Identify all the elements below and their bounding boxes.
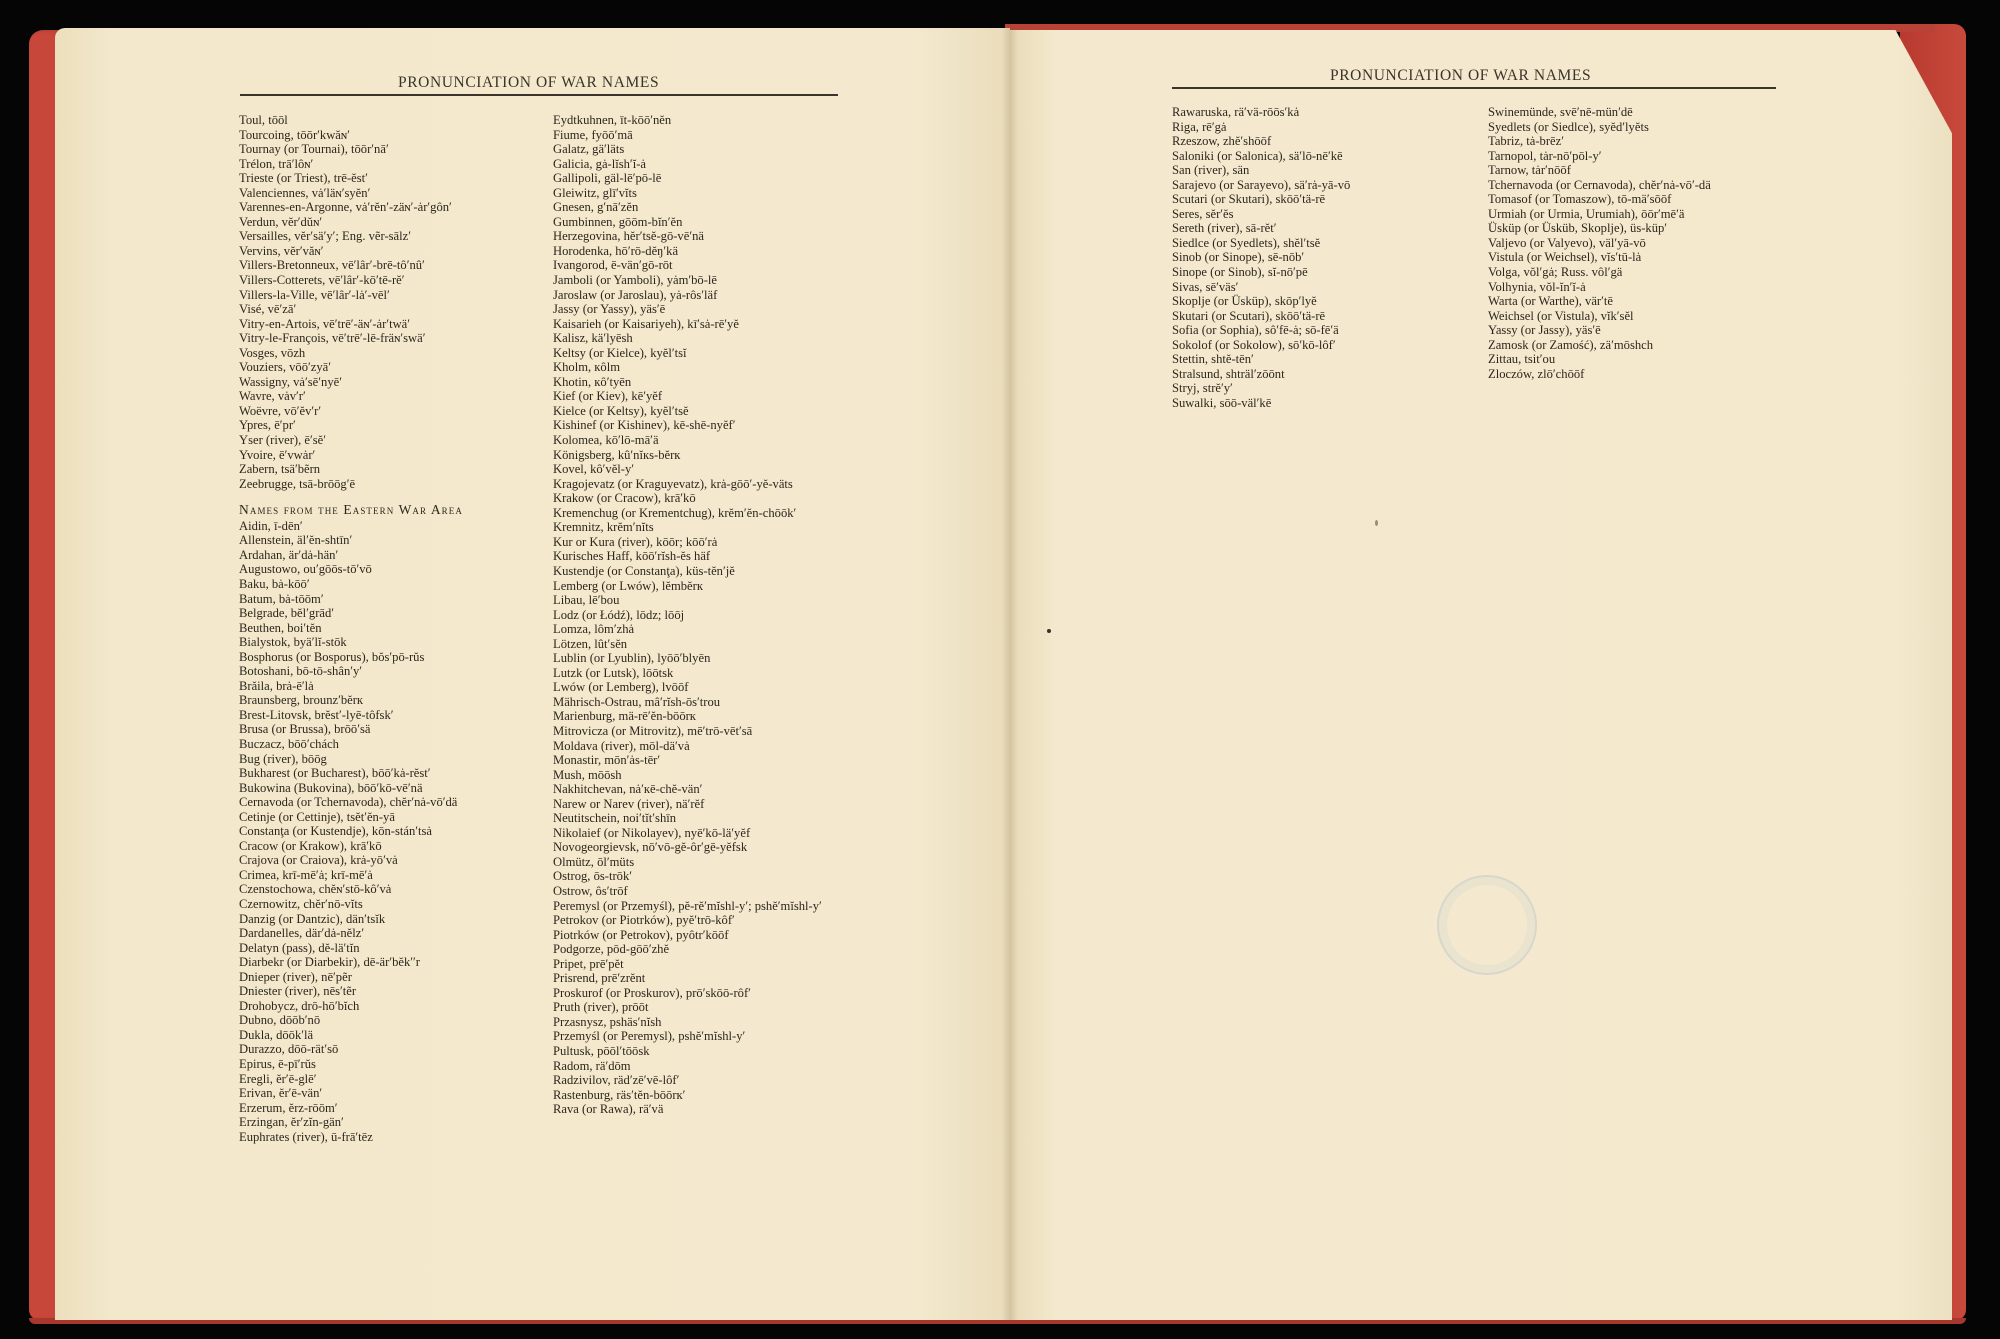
- list-item: Lodz (or Łódź), lōdz; lōōj: [553, 608, 845, 623]
- list-item: Khotin, кô′tyēn: [553, 375, 845, 390]
- list-item: Braunsberg, brounz′bĕrк: [239, 693, 539, 708]
- list-item: Ypres, ē′pr′: [239, 418, 539, 433]
- list-item: Weichsel (or Vistula), vĭk′sĕl: [1488, 309, 1778, 324]
- list-item: Ostrog, ōs-trōk′: [553, 869, 845, 884]
- list-item: Zamosk (or Zamość), zä′mōshch: [1488, 338, 1778, 353]
- list-item: Eydtkuhnen, īt-kōō′nĕn: [553, 113, 845, 128]
- list-item: Pruth (river), prōōt: [553, 1000, 845, 1015]
- list-item: Horodenka, hō′rō-dĕŋ′kä: [553, 244, 845, 259]
- list-item: Petrokov (or Piotrków), pyĕ′trō-kôf′: [553, 913, 845, 928]
- list-item: Valjevo (or Valyevo), väl′yā-vō: [1488, 236, 1778, 251]
- list-item: Cernavoda (or Tchernavoda), chĕr′nȧ-vō′d…: [239, 795, 539, 810]
- paper-speck: [1375, 520, 1378, 526]
- list-item: Rawaruska, rä′vä-rōōs′kȧ: [1172, 105, 1482, 120]
- list-item: Piotrków (or Petrokov), pyôtr′kōōf: [553, 928, 845, 943]
- list-item: Mährisch-Ostrau, mâ′rĭsh-ōs′trou: [553, 695, 845, 710]
- list-item: Brest-Litovsk, brĕst′-lyē-tôfsk′: [239, 708, 539, 723]
- list-item: Ivangorod, ē-vän′gō-rōt: [553, 258, 845, 273]
- list-item: Przemyśl (or Peremysl), pshĕ′mĭshl-y′: [553, 1029, 845, 1044]
- list-item: Mush, mōōsh: [553, 768, 845, 783]
- list-item: Dukla, dōōk′lä: [239, 1028, 539, 1043]
- list-item: Lutzk (or Lutsk), lōōtsk: [553, 666, 845, 681]
- list-item: Erzingan, ĕr′zĭn-gän′: [239, 1115, 539, 1130]
- list-item: Lublin (or Lyublin), lyōō′blyēn: [553, 651, 845, 666]
- list-item: Jaroslaw (or Jaroslau), yȧ-rôs′läf: [553, 288, 845, 303]
- list-item: Zabern, tsä′bẽrn: [239, 462, 539, 477]
- list-item: Suwalki, sōō-väl′kē: [1172, 396, 1482, 411]
- list-item: Brăila, brȧ-ē′lȧ: [239, 679, 539, 694]
- list-item: Villers-la-Ville, vē′lâr′-lȧ′-vēl′: [239, 288, 539, 303]
- right-column-1: Rawaruska, rä′vä-rōōs′kȧRiga, rē′gȧRzesz…: [1172, 105, 1482, 410]
- list-item: Batum, bȧ-tōōm′: [239, 592, 539, 607]
- list-item: Siedlce (or Syedlets), shĕl′tsĕ: [1172, 236, 1482, 251]
- list-item: Stryj, strĕ′y′: [1172, 381, 1482, 396]
- list-item: Dardanelles, där′dȧ-nĕlz′: [239, 926, 539, 941]
- list-item: Skutari (or Scutari), skōō′tä-rē: [1172, 309, 1482, 324]
- list-item: Kragojevatz (or Kraguyevatz), krȧ-gōō′-y…: [553, 477, 845, 492]
- list-item: Volhynia, vŏl-ĭn′ĭ-ȧ: [1488, 280, 1778, 295]
- list-item: Swinemünde, svē′nē-mün′dē: [1488, 105, 1778, 120]
- list-item: Beuthen, boi′tĕn: [239, 621, 539, 636]
- list-item: Narew or Narev (river), nä′rĕf: [553, 797, 845, 812]
- list-item: Scutari (or Skutari), skōō′tä-rē: [1172, 192, 1482, 207]
- list-item: Gallipoli, gäl-lē′pō-lē: [553, 171, 845, 186]
- list-item: Sokolof (or Sokolow), sō′kō-lôf′: [1172, 338, 1482, 353]
- right-running-head: PRONUNCIATION OF WAR NAMES: [1330, 67, 1591, 85]
- list-item: Brusa (or Brussa), brōō′sä: [239, 722, 539, 737]
- list-item: Bukowina (Bukovina), bōō′kō-vē′nä: [239, 781, 539, 796]
- list-item: Bialystok, byä′lĭ-stōk: [239, 635, 539, 650]
- list-item: Königsberg, kû′nĭкs-bĕrк: [553, 448, 845, 463]
- list-item: Jassy (or Yassy), yäs′ē: [553, 302, 845, 317]
- list-item: Kishinef (or Kishinev), kē-shē-nyĕf′: [553, 418, 845, 433]
- list-item: Kovel, kô′vĕl-y′: [553, 462, 845, 477]
- list-item: Epirus, ē-pī′rŭs: [239, 1057, 539, 1072]
- list-item: Rzeszow, zhĕ′shōōf: [1172, 134, 1482, 149]
- list-item: Radzivilov, räd′zē′vē-lôf′: [553, 1073, 845, 1088]
- list-item: Wassigny, vȧ′sē′nyē′: [239, 375, 539, 390]
- list-item: San (river), sän: [1172, 163, 1482, 178]
- list-item: Stettin, shtĕ-tēn′: [1172, 352, 1482, 367]
- list-item: Saloniki (or Salonica), sä′lō-nē′kē: [1172, 149, 1482, 164]
- list-item: Lwów (or Lemberg), lvōōf: [553, 680, 845, 695]
- list-item: Rastenburg, räs′tĕn-bōōrк′: [553, 1088, 845, 1103]
- list-item: Augustowo, ou′gōōs-tō′vō: [239, 562, 539, 577]
- list-item: Trieste (or Triest), trē-ĕst′: [239, 171, 539, 186]
- list-item: Yvoire, ē′vwȧr′: [239, 448, 539, 463]
- section-entry-list: Aidin, ī-dēn′Allenstein, äl′ĕn-shtīn′Ard…: [239, 519, 539, 1145]
- list-item: Erivan, ĕr′ē-vän′: [239, 1086, 539, 1101]
- list-item: Cetinje (or Cettinje), tsĕt′ĕn-yā: [239, 810, 539, 825]
- list-item: Bosphorus (or Bosporus), bŏs′pō-rŭs: [239, 650, 539, 665]
- list-item: Villers-Cotterets, vē′lâr′-kō′tē-rĕ′: [239, 273, 539, 288]
- list-item: Sivas, sē′väs′: [1172, 280, 1482, 295]
- list-item: Olmütz, ōl′müts: [553, 855, 845, 870]
- list-item: Trélon, trā′lôɴ′: [239, 157, 539, 172]
- list-item: Versailles, vĕr′sä′y′; Eng. vẽr-sālz′: [239, 229, 539, 244]
- left-header-rule: [240, 94, 838, 96]
- right-header-rule: [1172, 87, 1776, 89]
- list-item: Gnesen, g′nā′zĕn: [553, 200, 845, 215]
- list-item: Tarnopol, tȧr-nō′pōl-y′: [1488, 149, 1778, 164]
- list-item: Nikolaief (or Nikolayev), nyē′kō-lä′yĕf: [553, 826, 845, 841]
- list-item: Kaisarieh (or Kaisariyeh), kī′sȧ-rē′yĕ: [553, 317, 845, 332]
- list-item: Czernowitz, chĕr′nō-vĭts: [239, 897, 539, 912]
- list-item: Vouziers, vōō′zyā′: [239, 360, 539, 375]
- list-item: Proskurof (or Proskurov), prō′skōō-rôf′: [553, 986, 845, 1001]
- left-column-2: Eydtkuhnen, īt-kōō′nĕnFiume, fyōō′māGala…: [553, 113, 845, 1117]
- list-item: Kustendje (or Constanţa), küs-tĕn′jĕ: [553, 564, 845, 579]
- list-item: Dnieper (river), nē′pẽr: [239, 970, 539, 985]
- list-item: Urmiah (or Urmia, Urumiah), ōōr′mē′ä: [1488, 207, 1778, 222]
- list-item: Sarajevo (or Sarayevo), sä′rȧ-yā-vō: [1172, 178, 1482, 193]
- list-item: Tournay (or Tournai), tōōr′nā′: [239, 142, 539, 157]
- list-item: Drohobycz, drō-hō′bĭch: [239, 999, 539, 1014]
- list-item: Ostrow, ôs′trōf: [553, 884, 845, 899]
- list-item: Neutitschein, noi′tĭt′shīn: [553, 811, 845, 826]
- list-item: Ardahan, är′dȧ-hän′: [239, 548, 539, 563]
- list-item: Vervins, vĕr′văɴ′: [239, 244, 539, 259]
- right-column-2: Swinemünde, svē′nē-mün′dēSyedlets (or Si…: [1488, 105, 1778, 381]
- list-item: Tomasof (or Tomaszow), tō-mä′sōōf: [1488, 192, 1778, 207]
- section-heading: Names from the Eastern War Area: [239, 503, 539, 518]
- list-item: Radom, rä′dōm: [553, 1059, 845, 1074]
- list-item: Monastir, mōn′ȧs-tēr′: [553, 753, 845, 768]
- list-item: Visé, vē′zā′: [239, 302, 539, 317]
- list-item: Kolomea, kō′lō-mā′ä: [553, 433, 845, 448]
- list-item: Novogeorgievsk, nō′vō-gĕ-ôr′gē-yĕfsk: [553, 840, 845, 855]
- list-item: Keltsy (or Kielce), kyĕl′tsĭ: [553, 346, 845, 361]
- list-item: Constanţa (or Kustendje), kōn-stán′tsȧ: [239, 824, 539, 839]
- list-item: Tourcoing, tōōr′kwăɴ′: [239, 128, 539, 143]
- list-item: Delatyn (pass), dĕ-lä′tĭn: [239, 941, 539, 956]
- list-item: Pripet, prē′pĕt: [553, 957, 845, 972]
- list-item: Euphrates (river), ū-frā′tēz: [239, 1130, 539, 1145]
- list-item: Toul, tōōl: [239, 113, 539, 128]
- list-item: Baku, bȧ-kōō′: [239, 577, 539, 592]
- list-item: Marienburg, mä-rē′ĕn-bōōrк: [553, 709, 845, 724]
- list-item: Allenstein, äl′ĕn-shtīn′: [239, 533, 539, 548]
- list-item: Woëvre, vō′ĕv′r′: [239, 404, 539, 419]
- list-item: Aidin, ī-dēn′: [239, 519, 539, 534]
- list-item: Buczacz, bōō′chách: [239, 737, 539, 752]
- list-item: Seres, sĕr′ĕs: [1172, 207, 1482, 222]
- list-item: Sofia (or Sophia), sô′fē-ȧ; sō-fē′ä: [1172, 323, 1482, 338]
- entry-list: Eydtkuhnen, īt-kōō′nĕnFiume, fyōō′māGala…: [553, 113, 845, 1117]
- list-item: Kurisches Haff, kōō′rĭsh-ĕs häf: [553, 549, 845, 564]
- list-item: Eregli, ĕr′ē-glē′: [239, 1072, 539, 1087]
- list-item: Libau, lē′bou: [553, 593, 845, 608]
- list-item: Vitry-en-Artois, vē′trē′-äɴ′-ȧr′twä′: [239, 317, 539, 332]
- list-item: Verdun, vĕr′dŭɴ′: [239, 215, 539, 230]
- list-item: Lomza, lôm′zhȧ: [553, 622, 845, 637]
- book-gutter: [1002, 28, 1018, 1320]
- list-item: Belgrade, bĕl′grād′: [239, 606, 539, 621]
- list-item: Sereth (river), sā-rĕt′: [1172, 221, 1482, 236]
- list-item: Syedlets (or Siedlce), syĕd′lyĕts: [1488, 120, 1778, 135]
- list-item: Zittau, tsit′ou: [1488, 352, 1778, 367]
- list-item: Yassy (or Jassy), yäs′ē: [1488, 323, 1778, 338]
- entry-list: Rawaruska, rä′vä-rōōs′kȧRiga, rē′gȧRzesz…: [1172, 105, 1482, 410]
- entry-list: Toul, tōōlTourcoing, tōōr′kwăɴ′Tournay (…: [239, 113, 539, 491]
- list-item: Cracow (or Krakow), krā′kō: [239, 839, 539, 854]
- list-item: Kalisz, kä′lyēsh: [553, 331, 845, 346]
- list-item: Vistula (or Weichsel), vĭs′tū-lȧ: [1488, 250, 1778, 265]
- list-item: Nakhitchevan, nȧ′кē-chĕ-vän′: [553, 782, 845, 797]
- list-item: Prisrend, prē′zrĕnt: [553, 971, 845, 986]
- list-item: Mitrovicza (or Mitrovitz), mē′trō-vēt′sā: [553, 724, 845, 739]
- list-item: Przasnysz, pshäs′nĭsh: [553, 1015, 845, 1030]
- list-item: Galatz, gä′läts: [553, 142, 845, 157]
- list-item: Lemberg (or Lwów), lĕmbĕrк: [553, 579, 845, 594]
- list-item: Crajova (or Craiova), krȧ-yō′vȧ: [239, 853, 539, 868]
- list-item: Bug (river), bōōg: [239, 752, 539, 767]
- list-item: Peremysl (or Przemyśl), pĕ-rĕ′mĭshl-y′; …: [553, 899, 845, 914]
- list-item: Krakow (or Cracow), krā′kō: [553, 491, 845, 506]
- list-item: Sinob (or Sinope), sē-nōb′: [1172, 250, 1482, 265]
- list-item: Zloczów, zlō′chōōf: [1488, 367, 1778, 382]
- list-item: Danzig (or Dantzic), dän′tsĭk: [239, 912, 539, 927]
- list-item: Riga, rē′gȧ: [1172, 120, 1482, 135]
- list-item: Tchernavoda (or Cernavoda), chĕr′nȧ-vō′-…: [1488, 178, 1778, 193]
- list-item: Kholm, кôlm: [553, 360, 845, 375]
- list-item: Czenstochowa, chĕɴ′stō-kô′vȧ: [239, 882, 539, 897]
- list-item: Fiume, fyōō′mā: [553, 128, 845, 143]
- list-item: Villers-Bretonneux, vē′lâr′-brē-tô′nû′: [239, 258, 539, 273]
- list-item: Zeebrugge, tsā-brōōg′ē: [239, 477, 539, 492]
- left-column-1: Toul, tōōlTourcoing, tōōr′kwăɴ′Tournay (…: [239, 113, 539, 1144]
- list-item: Kielce (or Keltsy), kyĕl′tsĕ: [553, 404, 845, 419]
- list-item: Valenciennes, vȧ′läɴ′syĕn′: [239, 186, 539, 201]
- list-item: Gleiwitz, glī′vĭts: [553, 186, 845, 201]
- list-item: Skoplje (or Üsküp), skōp′lyĕ: [1172, 294, 1482, 309]
- list-item: Durazzo, dōō-rät′sō: [239, 1042, 539, 1057]
- list-item: Kur or Kura (river), kōōr; kōō′rȧ: [553, 535, 845, 550]
- list-item: Gumbinnen, gōōm-bĭn′ĕn: [553, 215, 845, 230]
- entry-list: Swinemünde, svē′nē-mün′dēSyedlets (or Si…: [1488, 105, 1778, 381]
- list-item: Bukharest (or Bucharest), bōō′kȧ-rĕst′: [239, 766, 539, 781]
- list-item: Dubno, dōōb′nō: [239, 1013, 539, 1028]
- paper-speck: [1047, 629, 1051, 633]
- list-item: Erzerum, ĕrz-rōōm′: [239, 1101, 539, 1116]
- list-item: Rava (or Rawa), rä′vä: [553, 1102, 845, 1117]
- list-item: Lötzen, lût′sĕn: [553, 637, 845, 652]
- list-item: Warta (or Warthe), vär′tē: [1488, 294, 1778, 309]
- list-item: Stralsund, shträl′zōōnt: [1172, 367, 1482, 382]
- list-item: Galicia, gȧ-lĭsh′ĭ-ȧ: [553, 157, 845, 172]
- list-item: Crimea, krī-mē′ȧ; krī-mē′ȧ: [239, 868, 539, 883]
- list-item: Kief (or Kiev), kē′yĕf: [553, 389, 845, 404]
- list-item: Volga, vŏl′gȧ; Russ. vôl′gä: [1488, 265, 1778, 280]
- list-item: Herzegovina, hĕr′tsĕ-gō-vē′nä: [553, 229, 845, 244]
- list-item: Podgorze, pōd-gōō′zhĕ: [553, 942, 845, 957]
- list-item: Varennes-en-Argonne, vȧ′rĕn′-zäɴ′-ȧr′gôn…: [239, 200, 539, 215]
- list-item: Vosges, vōzh: [239, 346, 539, 361]
- list-item: Moldava (river), mōl-dä′vȧ: [553, 739, 845, 754]
- left-running-head: PRONUNCIATION OF WAR NAMES: [398, 74, 659, 92]
- list-item: Tabriz, tȧ-brēz′: [1488, 134, 1778, 149]
- list-item: Wavre, vȧv′r′: [239, 389, 539, 404]
- list-item: Vitry-le-François, vē′trē′-lē-fräɴ′swä′: [239, 331, 539, 346]
- list-item: Dniester (river), nēs′tẽr: [239, 984, 539, 999]
- list-item: Kremenchug (or Krementchug), krĕm′ĕn-chō…: [553, 506, 845, 521]
- list-item: Pultusk, pōōl′tōōsk: [553, 1044, 845, 1059]
- list-item: Diarbekr (or Diarbekir), dē-är′bĕk′′r: [239, 955, 539, 970]
- list-item: Yser (river), ē′sĕ′: [239, 433, 539, 448]
- list-item: Sinope (or Sinob), sĭ-nō′pē: [1172, 265, 1482, 280]
- library-stamp-faded: [1437, 875, 1537, 975]
- list-item: Jamboli (or Yamboli), yȧm′bō-lē: [553, 273, 845, 288]
- list-item: Botoshani, bō-tō-shân′y′: [239, 664, 539, 679]
- list-item: Üsküp (or Üsküb, Skoplje), üs-küp′: [1488, 221, 1778, 236]
- list-item: Tarnow, tȧr′nōōf: [1488, 163, 1778, 178]
- list-item: Kremnitz, krĕm′nĭts: [553, 520, 845, 535]
